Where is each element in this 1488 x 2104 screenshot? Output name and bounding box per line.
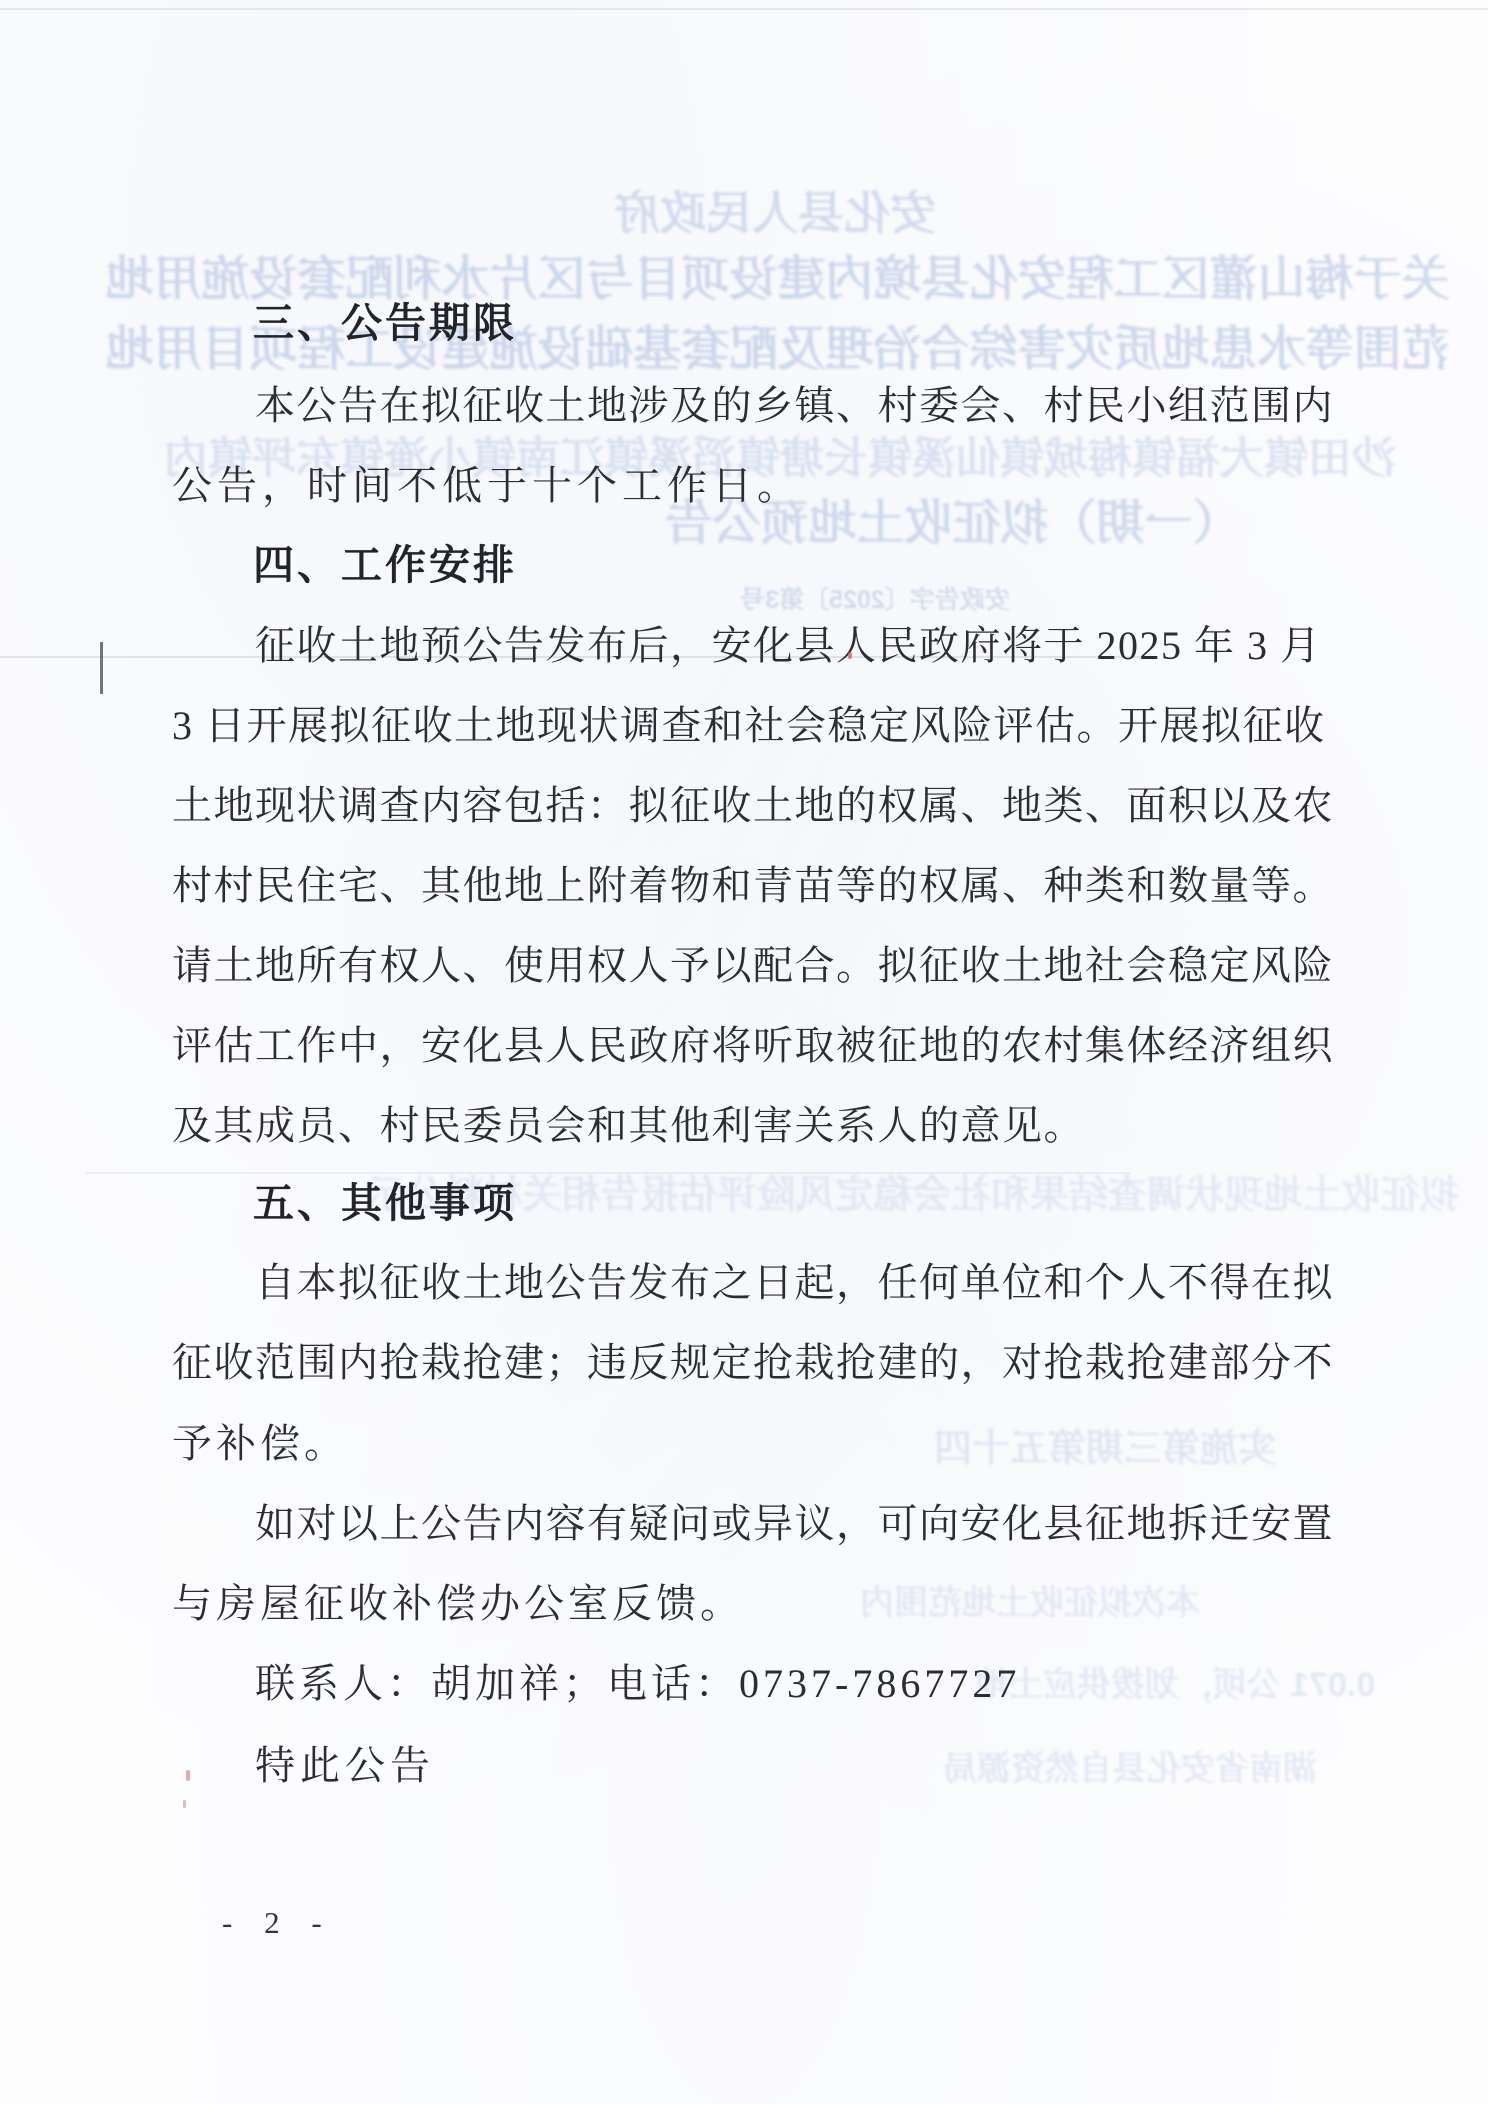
closing-line: 特此公告 [255, 1746, 435, 1786]
body-line: 征收土地预公告发布后，安化县人民政府将于 2025 年 3 月 [255, 626, 1322, 666]
section-heading-5: 五、其他事项 [253, 1183, 517, 1224]
red-speck [183, 1800, 186, 1808]
red-speck [186, 1770, 190, 1781]
bleed-through-line: 实施第三期第五十四 [890, 1430, 1320, 1468]
body-line: 公告，时间不低于十个工作日。 [172, 466, 802, 506]
body-line: 土地现状调查内容包括：拟征收土地的权属、地类、面积以及农 [172, 786, 1334, 826]
body-line: 本公告在拟征收土地涉及的乡镇、村委会、村民小组范围内 [255, 386, 1334, 426]
bleed-through-line: 本次拟征收土地范围内 [780, 1586, 1280, 1620]
scan-streak-top [0, 8, 1488, 10]
body-line: 评估工作中，安化县人民政府将听取被征地的农村集体经济组织 [172, 1026, 1334, 1066]
scanned-document-page: 安化县人民政府 关于梅山灌区工程安化县境内建设项目与区片水利配套设施用地 范围等… [0, 0, 1488, 2104]
section-heading-4: 四、工作安排 [253, 545, 517, 586]
bleed-through-line: 湖南省安化县自然资源局 [930, 1752, 1330, 1786]
body-line: 予补偿。 [172, 1424, 348, 1464]
body-line: 村村民住宅、其他地上附着物和青苗等的权属、种类和数量等。 [172, 866, 1334, 906]
bleed-through-title: 安化县人民政府 [540, 190, 1010, 236]
page-number: - 2 - [222, 1905, 334, 1941]
bleed-through-line: 关于梅山灌区工程安化县境内建设项目与区片水利配套设施用地 [80, 256, 1475, 304]
body-line: 请土地所有权人、使用权人予以配合。拟征收土地社会稳定风险 [172, 946, 1334, 986]
body-line: 3 日开展拟征收土地现状调查和社会稳定风险评估。开展拟征收 [172, 706, 1326, 746]
body-line: 自本拟征收土地公告发布之日起，任何单位和个人不得在拟 [255, 1263, 1334, 1303]
body-line: 征收范围内抢栽抢建；违反规定抢栽抢建的，对抢栽抢建部分不 [172, 1343, 1334, 1383]
bleed-through-doc-number: 安政告字〔2025〕第3号 [640, 588, 1110, 613]
scan-fold-mark [100, 642, 103, 694]
red-speck [848, 652, 852, 659]
body-line: 如对以上公告内容有疑问或异议，可向安化县征地拆迁安置 [255, 1504, 1334, 1544]
body-line: 及其成员、村民委员会和其他利害关系人的意见。 [172, 1106, 1085, 1146]
body-line: 与房屋征收补偿办公室反馈。 [172, 1584, 744, 1624]
contact-line: 联系人：胡加祥；电话：0737-7867727 [255, 1664, 1020, 1704]
section-heading-3: 三、公告期限 [253, 303, 517, 344]
